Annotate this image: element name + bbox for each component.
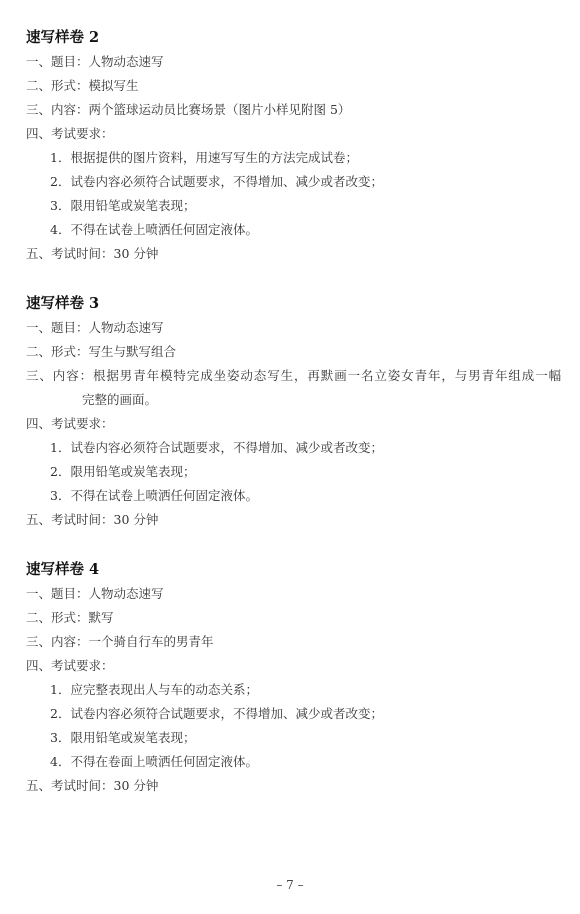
section-title: 速写样卷 2 [26, 26, 566, 50]
requirement-item: 3．限用铅笔或炭笔表现； [26, 194, 566, 218]
requirement-item: 4．不得在试卷上喷洒任何固定液体。 [26, 218, 566, 242]
document-page: 速写样卷 2 一、题目：人物动态速写 二、形式：模拟写生 三、内容：两个篮球运动… [0, 0, 580, 914]
format-line: 二、形式：写生与默写组合 [26, 340, 566, 364]
requirements-heading: 四、考试要求： [26, 654, 566, 678]
format-line: 二、形式：默写 [26, 606, 566, 630]
section-title: 速写样卷 3 [26, 292, 566, 316]
page-number: – 7 – [0, 876, 580, 894]
exam-time-line: 五、考试时间：30 分钟 [26, 774, 566, 798]
topic-line: 一、题目：人物动态速写 [26, 316, 566, 340]
format-line: 二、形式：模拟写生 [26, 74, 566, 98]
topic-line: 一、题目：人物动态速写 [26, 50, 566, 74]
requirement-item: 3．不得在试卷上喷洒任何固定液体。 [26, 484, 566, 508]
content-line: 三、内容：两个篮球运动员比赛场景（图片小样见附图 5） [26, 98, 566, 122]
content-line-continued: 完整的画面。 [26, 388, 566, 412]
requirement-item: 3．限用铅笔或炭笔表现； [26, 726, 566, 750]
exam-sample-4: 速写样卷 4 一、题目：人物动态速写 二、形式：默写 三、内容：一个骑自行车的男… [26, 558, 566, 798]
section-title: 速写样卷 4 [26, 558, 566, 582]
requirement-item: 1．应完整表现出人与车的动态关系； [26, 678, 566, 702]
exam-time-line: 五、考试时间：30 分钟 [26, 242, 566, 266]
requirement-item: 2．试卷内容必须符合试题要求，不得增加、减少或者改变； [26, 170, 566, 194]
requirement-item: 1．根据提供的图片资料，用速写写生的方法完成试卷； [26, 146, 566, 170]
requirement-item: 2．试卷内容必须符合试题要求，不得增加、减少或者改变； [26, 702, 566, 726]
requirements-heading: 四、考试要求： [26, 412, 566, 436]
topic-line: 一、题目：人物动态速写 [26, 582, 566, 606]
requirements-heading: 四、考试要求： [26, 122, 566, 146]
requirement-item: 1．试卷内容必须符合试题要求，不得增加、减少或者改变； [26, 436, 566, 460]
content-line: 三、内容：根据男青年模特完成坐姿动态写生，再默画一名立姿女青年，与男青年组成一幅 [26, 364, 566, 388]
content-line: 三、内容：一个骑自行车的男青年 [26, 630, 566, 654]
exam-time-line: 五、考试时间：30 分钟 [26, 508, 566, 532]
requirement-item: 4．不得在卷面上喷洒任何固定液体。 [26, 750, 566, 774]
requirement-item: 2．限用铅笔或炭笔表现； [26, 460, 566, 484]
exam-sample-3: 速写样卷 3 一、题目：人物动态速写 二、形式：写生与默写组合 三、内容：根据男… [26, 292, 566, 532]
exam-sample-2: 速写样卷 2 一、题目：人物动态速写 二、形式：模拟写生 三、内容：两个篮球运动… [26, 26, 566, 266]
